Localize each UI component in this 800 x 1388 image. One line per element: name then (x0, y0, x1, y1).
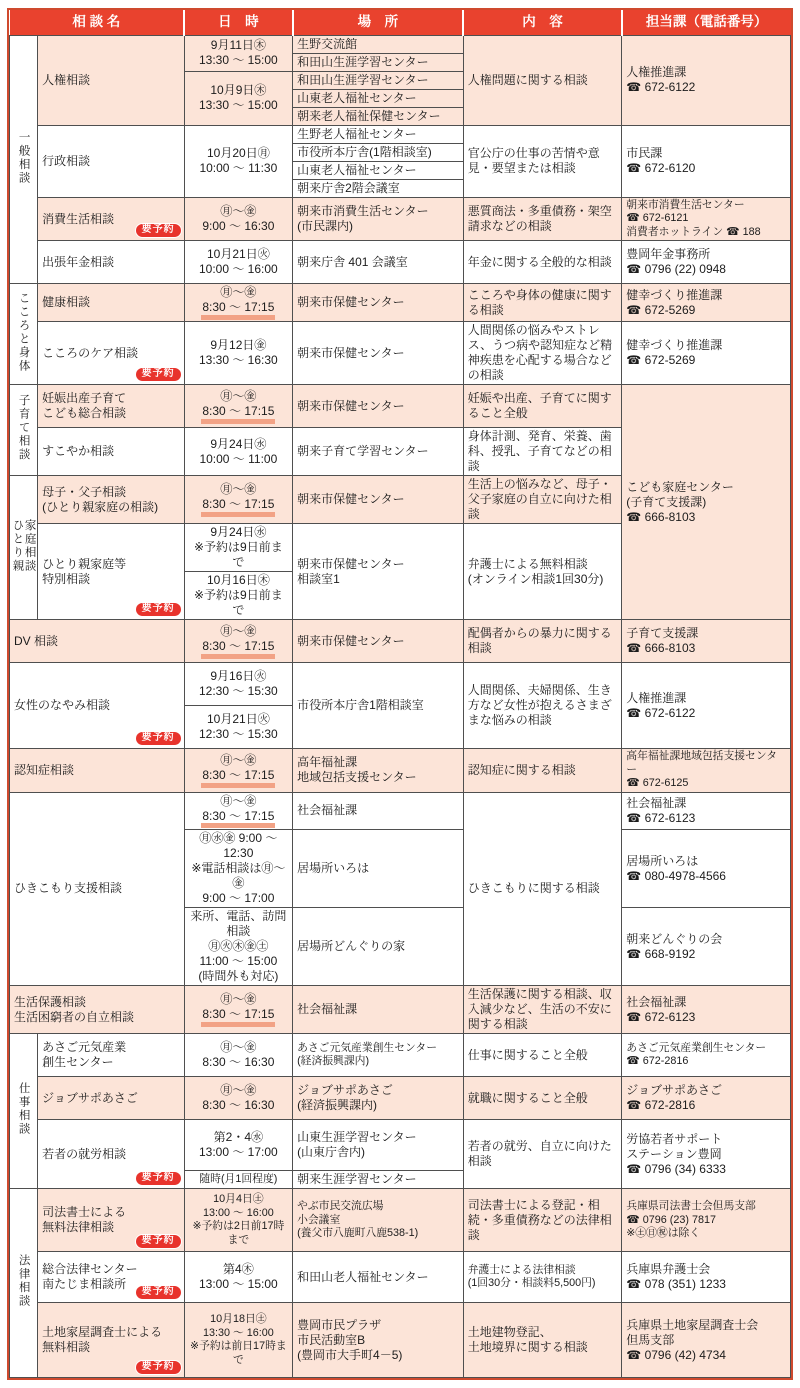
datetime-cell: 10月9日㊍ 13:30 ～ 15:00 (184, 71, 292, 125)
datetime-cell: ㊊～㊎ 8:30 ～ 17:15 (184, 284, 292, 322)
group-label-single-parent: ひとり親 家庭相談 (10, 476, 38, 620)
content-cell: 人間関係、夫婦関係、生き方など女性が抱えるさまざまな悩みの相談 (463, 663, 622, 749)
place-cell: ジョブサポあさご (経済振興課内) (293, 1077, 464, 1120)
department-cell: 人権推進課 ☎ 672-6122 (622, 663, 791, 749)
consultation-name-cell: 若者の就労相談 要予約 (38, 1120, 185, 1189)
consultation-name-cell: 母子・父子相談 (ひとり親家庭の相談) (38, 476, 185, 524)
consultation-name-cell: 生活保護相談 生活困窮者の自立相談 (10, 986, 185, 1034)
table-row: 行政相談 10月20日㊊ 10:00 ～ 11:30 生野老人福祉センター 官公… (10, 125, 791, 143)
content-cell: こころや身体の健康に関する相談 (463, 284, 622, 322)
time-range-highlight: 8:30 ～ 17:15 (201, 769, 275, 788)
day-range: ㊊～㊎ (189, 482, 288, 497)
consultation-name: 女性のなやみ相談 (14, 698, 110, 712)
reservation-badge: 要予約 (135, 1360, 182, 1376)
table-row: 若者の就労相談 要予約 第2・4㊌ 13:00 ～ 17:00 山東生涯学習セン… (10, 1120, 791, 1171)
time-range: 9:00 ～ 16:30 (202, 219, 274, 233)
consultation-name: 司法書士による 無料法律相談 (42, 1205, 126, 1234)
group-label-childcare: 子育て相談 (10, 385, 38, 476)
reservation-badge: 要予約 (135, 223, 182, 239)
place-cell: 朝来市保健センター (293, 476, 464, 524)
place-cell: 朝来庁舎2階会議室 (293, 179, 464, 197)
datetime-cell: 第2・4㊌ 13:00 ～ 17:00 (184, 1120, 292, 1171)
day-range: ㊊～㊎ (189, 794, 288, 809)
consultation-name-cell: 土地家屋調査士による 無料相談 要予約 (38, 1303, 185, 1378)
datetime-cell: ㊊～㊎ 9:00 ～ 16:30 (184, 197, 292, 240)
datetime-cell: 9月12日㊎ 13:30 ～ 16:30 (184, 322, 292, 385)
datetime-cell: ㊊～㊎ 8:30 ～ 17:15 (184, 385, 292, 428)
content-cell: 官公庁の仕事の苦情や意見・要望または相談 (463, 125, 622, 197)
content-cell: 若者の就労、自立に向けた相談 (463, 1120, 622, 1189)
datetime-cell: 10月16日㊍ ※予約は9日前まで (184, 572, 292, 620)
department-cell: 兵庫県司法書士会但馬支部 ☎ 0796 (23) 7817 ※㊏㊐㊗は除く (622, 1189, 791, 1252)
datetime-cell: 10月18日㊏ 13:30 ～ 16:00 ※予約は前日17時まで (184, 1303, 292, 1378)
datetime-cell: 10月21日㊋ 12:30 ～ 15:30 (184, 706, 292, 749)
reservation-badge: 要予約 (135, 1234, 182, 1250)
datetime-cell: 第4㊍ 13:00 ～ 15:00 (184, 1252, 292, 1303)
consultation-name: こころのケア相談 (42, 346, 138, 360)
time-range-highlight: 8:30 ～ 17:15 (201, 301, 275, 320)
consultation-name-cell: こころのケア相談 要予約 (38, 322, 185, 385)
department-cell: 健幸づくり推進課 ☎ 672-5269 (622, 322, 791, 385)
header-datetime: 日 時 (184, 10, 292, 35)
consultation-name-cell: 消費生活相談 要予約 (38, 197, 185, 240)
time-range-highlight: 8:30 ～ 17:15 (201, 498, 275, 517)
header-consultation-name: 相 談 名 (10, 10, 185, 35)
day-range: ㊊～㊎ (189, 1083, 288, 1098)
consultation-name-cell: 人権相談 (38, 35, 185, 125)
datetime-cell: 随時(月1回程度) (184, 1171, 292, 1189)
consultation-name-cell: あさご元気産業 創生センター (38, 1034, 185, 1077)
consultation-name-cell: 総合法律センター 南たじま相談所 要予約 (38, 1252, 185, 1303)
content-cell: 生活保護に関する相談、収入減少など、生活の不安に関する相談 (463, 986, 622, 1034)
department-cell: 社会福祉課 ☎ 672-6123 (622, 792, 791, 830)
datetime-cell: 10月4日㊏ 13:00 ～ 16:00 ※予約は2日前17時まで (184, 1189, 292, 1252)
datetime-cell: 10月21日㊋ 10:00 ～ 16:00 (184, 241, 292, 284)
consultation-name-cell: 健康相談 (38, 284, 185, 322)
day-range: ㊊～㊎ (189, 389, 288, 404)
day-range: ㊊～㊎ (189, 753, 288, 768)
table-row: 認知症相談 ㊊～㊎ 8:30 ～ 17:15 高年福祉課 地域包括支援センター … (10, 749, 791, 792)
table-row: 仕事相談 あさご元気産業 創生センター ㊊～㊎ 8:30 ～ 16:30 あさご… (10, 1034, 791, 1077)
department-cell: 子育て支援課 ☎ 666-8103 (622, 620, 791, 663)
place-cell: 和田山生涯学習センター (293, 71, 464, 89)
time-range-highlight: 8:30 ～ 17:15 (201, 640, 275, 659)
datetime-cell: 9月11日㊍ 13:30 ～ 15:00 (184, 35, 292, 71)
place-cell: 朝来市保健センター 相談室1 (293, 524, 464, 620)
department-cell: 朝来どんぐりの会 ☎ 668-9192 (622, 908, 791, 986)
place-cell: 高年福祉課 地域包括支援センター (293, 749, 464, 792)
consultation-name: ひとり親家庭等 特別相談 (42, 557, 126, 586)
datetime-cell: ㊊～㊎ 8:30 ～ 16:30 (184, 1034, 292, 1077)
consultation-name-cell: 行政相談 (38, 125, 185, 197)
day-range: ㊊～㊎ (189, 624, 288, 639)
place-cell: 和田山老人福祉センター (293, 1252, 464, 1303)
reservation-badge: 要予約 (135, 1285, 182, 1301)
table-row: こころのケア相談 要予約 9月12日㊎ 13:30 ～ 16:30 朝来市保健セ… (10, 322, 791, 385)
table-row: 法律相談 司法書士による 無料法律相談 要予約 10月4日㊏ 13:00 ～ 1… (10, 1189, 791, 1252)
place-cell: 朝来市消費生活センター (市民課内) (293, 197, 464, 240)
place-cell: あさご元気産業創生センター (経済振興課内) (293, 1034, 464, 1077)
place-cell: 朝来市保健センター (293, 620, 464, 663)
place-cell: 生野老人福祉センター (293, 125, 464, 143)
datetime-cell: 9月16日㊋ 12:30 ～ 15:30 (184, 663, 292, 706)
place-cell: 社会福祉課 (293, 792, 464, 830)
datetime-cell: ㊊～㊎ 8:30 ～ 17:15 (184, 476, 292, 524)
datetime-cell: 9月24日㊌ 10:00 ～ 11:00 (184, 428, 292, 476)
department-cell: 朝来市消費生活センター ☎ 672-6121 消費者ホットライン ☎ 188 (622, 197, 791, 240)
datetime-cell: ㊊～㊎ 8:30 ～ 17:15 (184, 792, 292, 830)
place-cell: 豊岡市民プラザ 市民活動室B (豊岡市大手町4－5) (293, 1303, 464, 1378)
datetime-cell: ㊊～㊎ 8:30 ～ 17:15 (184, 620, 292, 663)
table-row: こころと身体 健康相談 ㊊～㊎ 8:30 ～ 17:15 朝来市保健センター こ… (10, 284, 791, 322)
place-cell: 居場所どんぐりの家 (293, 908, 464, 986)
content-cell: 弁護士による無料相談 (オンライン相談1回30分) (463, 524, 622, 620)
place-cell: 朝来市保健センター (293, 284, 464, 322)
table-row: 総合法律センター 南たじま相談所 要予約 第4㊍ 13:00 ～ 15:00 和… (10, 1252, 791, 1303)
table-row: ひきこもり支援相談 ㊊～㊎ 8:30 ～ 17:15 社会福祉課 ひきこもりに関… (10, 792, 791, 830)
table-row: 生活保護相談 生活困窮者の自立相談 ㊊～㊎ 8:30 ～ 17:15 社会福祉課… (10, 986, 791, 1034)
group-label-mind-body: こころと身体 (10, 284, 38, 385)
department-cell: あさご元気産業創生センター ☎ 672-2816 (622, 1034, 791, 1077)
consultation-name-cell: 認知症相談 (10, 749, 185, 792)
consultation-name: 消費生活相談 (42, 212, 114, 226)
table-row: 子育て相談 妊娠出産子育て こども総合相談 ㊊～㊎ 8:30 ～ 17:15 朝… (10, 385, 791, 428)
consultation-name: 土地家屋調査士による 無料相談 (42, 1325, 162, 1354)
consultation-name-cell: ジョブサポあさご (38, 1077, 185, 1120)
place-cell: 朝来庁舎 401 会議室 (293, 241, 464, 284)
group-label-general: 一般相談 (10, 35, 38, 283)
department-cell: 人権推進課 ☎ 672-6122 (622, 35, 791, 125)
consultation-table-frame: 相 談 名 日 時 場 所 内 容 担当課（電話番号） 一般相談 人権相談 9月… (7, 8, 793, 1380)
time-range-highlight: 8:30 ～ 17:15 (201, 1008, 275, 1027)
content-cell: 土地建物登記、 土地境界に関する相談 (463, 1303, 622, 1378)
place-cell: 朝来市保健センター (293, 385, 464, 428)
content-cell: 身体計測、発育、栄養、歯科、授乳、子育てなどの相談 (463, 428, 622, 476)
place-cell: 和田山生涯学習センター (293, 53, 464, 71)
group-label-work: 仕事相談 (10, 1034, 38, 1189)
datetime-cell: 10月20日㊊ 10:00 ～ 11:30 (184, 125, 292, 197)
place-cell: 朝来市保健センター (293, 322, 464, 385)
datetime-cell: ㊊～㊎ 8:30 ～ 17:15 (184, 749, 292, 792)
reservation-badge: 要予約 (135, 602, 182, 618)
reservation-badge: 要予約 (135, 1171, 182, 1187)
consultation-name-cell: 妊娠出産子育て こども総合相談 (38, 385, 185, 428)
content-cell: ひきこもりに関する相談 (463, 792, 622, 986)
header-content: 内 容 (463, 10, 622, 35)
content-cell: 人権問題に関する相談 (463, 35, 622, 125)
department-cell: こども家庭センター (子育て支援課) ☎ 666-8103 (622, 385, 791, 620)
place-cell: 朝来老人福祉保健センター (293, 107, 464, 125)
table-row: 土地家屋調査士による 無料相談 要予約 10月18日㊏ 13:30 ～ 16:0… (10, 1303, 791, 1378)
table-row: 出張年金相談 10月21日㊋ 10:00 ～ 16:00 朝来庁舎 401 会議… (10, 241, 791, 284)
department-cell: 豊岡年金事務所 ☎ 0796 (22) 0948 (622, 241, 791, 284)
department-cell: 市民課 ☎ 672-6120 (622, 125, 791, 197)
table-row: 一般相談 人権相談 9月11日㊍ 13:30 ～ 15:00 生野交流館 人権問… (10, 35, 791, 53)
content-cell: 弁護士による法律相談 (1回30分・相談料5,500円) (463, 1252, 622, 1303)
department-cell: 社会福祉課 ☎ 672-6123 (622, 986, 791, 1034)
place-cell: 朝来子育て学習センター (293, 428, 464, 476)
consultation-name: 若者の就労相談 (42, 1147, 126, 1161)
consultation-table: 相 談 名 日 時 場 所 内 容 担当課（電話番号） 一般相談 人権相談 9月… (9, 10, 791, 1378)
department-cell: ジョブサポあさご ☎ 672-2816 (622, 1077, 791, 1120)
consultation-name-cell: ひきこもり支援相談 (10, 792, 185, 986)
place-cell: 市役所本庁舎1階相談室 (293, 663, 464, 749)
consultation-name-cell: 出張年金相談 (38, 241, 185, 284)
reservation-badge: 要予約 (135, 731, 182, 747)
time-range: 8:30 ～ 16:30 (202, 1098, 274, 1112)
reservation-badge: 要予約 (135, 367, 182, 383)
table-row: 女性のなやみ相談 要予約 9月16日㊋ 12:30 ～ 15:30 市役所本庁舎… (10, 663, 791, 706)
place-cell: 山東生涯学習センター (山東庁舎内) (293, 1120, 464, 1171)
day-range: ㊊～㊎ (189, 1040, 288, 1055)
place-cell: 市役所本庁舎(1階相談室) (293, 143, 464, 161)
place-cell: 朝来生涯学習センター (293, 1171, 464, 1189)
department-cell: 兵庫県土地家屋調査士会 但馬支部 ☎ 0796 (42) 4734 (622, 1303, 791, 1378)
place-cell: 居場所いろは (293, 830, 464, 908)
datetime-cell: 9月24日㊌ ※予約は9日前まで (184, 524, 292, 572)
table-row: 消費生活相談 要予約 ㊊～㊎ 9:00 ～ 16:30 朝来市消費生活センター … (10, 197, 791, 240)
content-cell: 悪質商法・多重債務・架空請求などの相談 (463, 197, 622, 240)
datetime-cell: ㊊㊌㊎ 9:00 ～ 12:30 ※電話相談は㊊～㊎ 9:00 ～ 17:00 (184, 830, 292, 908)
time-range-highlight: 8:30 ～ 17:15 (201, 405, 275, 424)
day-range: ㊊～㊎ (189, 204, 288, 219)
consultation-name-cell: DV 相談 (10, 620, 185, 663)
day-range: ㊊～㊎ (189, 285, 288, 300)
time-range-highlight: 8:30 ～ 17:15 (201, 810, 275, 829)
department-cell: 高年福祉課地域包括支援センター ☎ 672-6125 (622, 749, 791, 792)
department-cell: 労協若者サポート ステーション豊岡 ☎ 0796 (34) 6333 (622, 1120, 791, 1189)
content-cell: 配偶者からの暴力に関する相談 (463, 620, 622, 663)
place-cell: 山東老人福祉センター (293, 161, 464, 179)
table-row: DV 相談 ㊊～㊎ 8:30 ～ 17:15 朝来市保健センター 配偶者からの暴… (10, 620, 791, 663)
consultation-name-cell: ひとり親家庭等 特別相談 要予約 (38, 524, 185, 620)
department-cell: 兵庫県弁護士会 ☎ 078 (351) 1233 (622, 1252, 791, 1303)
content-cell: 妊娠や出産、子育てに関すること全般 (463, 385, 622, 428)
table-header: 相 談 名 日 時 場 所 内 容 担当課（電話番号） (10, 10, 791, 35)
header-department: 担当課（電話番号） (622, 10, 791, 35)
table-row: ジョブサポあさご ㊊～㊎ 8:30 ～ 16:30 ジョブサポあさご (経済振興… (10, 1077, 791, 1120)
datetime-cell: 来所、電話、訪問相談 ㊊㊋㊍㊎㊏ 11:00 ～ 15:00 (時間外も対応) (184, 908, 292, 986)
datetime-cell: ㊊～㊎ 8:30 ～ 16:30 (184, 1077, 292, 1120)
content-cell: 就職に関すること全般 (463, 1077, 622, 1120)
place-cell: 生野交流館 (293, 35, 464, 53)
consultation-name-cell: 女性のなやみ相談 要予約 (10, 663, 185, 749)
time-range: 8:30 ～ 16:30 (202, 1055, 274, 1069)
content-cell: 人間関係の悩みやストレス、うつ病や認知症など精神疾患を心配する場合などの相談 (463, 322, 622, 385)
consultation-name: 総合法律センター 南たじま相談所 (42, 1262, 138, 1291)
header-place: 場 所 (293, 10, 464, 35)
place-cell: やぶ市民交流広場 小会議室 (養父市八鹿町八鹿538-1) (293, 1189, 464, 1252)
content-cell: 仕事に関すること全般 (463, 1034, 622, 1077)
content-cell: 認知症に関する相談 (463, 749, 622, 792)
day-range: ㊊～㊎ (189, 992, 288, 1007)
place-cell: 山東老人福祉センター (293, 89, 464, 107)
place-cell: 社会福祉課 (293, 986, 464, 1034)
datetime-cell: ㊊～㊎ 8:30 ～ 17:15 (184, 986, 292, 1034)
department-cell: 居場所いろは ☎ 080-4978-4566 (622, 830, 791, 908)
group-label-law: 法律相談 (10, 1189, 38, 1378)
consultation-name-cell: すこやか相談 (38, 428, 185, 476)
consultation-name-cell: 司法書士による 無料法律相談 要予約 (38, 1189, 185, 1252)
department-cell: 健幸づくり推進課 ☎ 672-5269 (622, 284, 791, 322)
content-cell: 生活上の悩みなど、母子・父子家庭の自立に向けた相談 (463, 476, 622, 524)
content-cell: 年金に関する全般的な相談 (463, 241, 622, 284)
content-cell: 司法書士による登記・相続・多重債務などの法律相談 (463, 1189, 622, 1252)
